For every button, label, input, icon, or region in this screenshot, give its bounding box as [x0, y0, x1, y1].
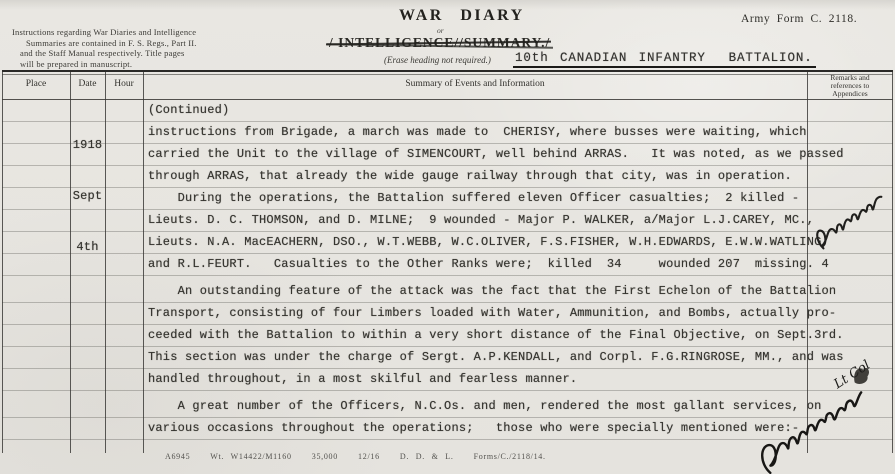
diary-line: This section was under the charge of Ser…	[2, 347, 893, 369]
diary-line: various occasions throughout the operati…	[2, 418, 893, 440]
erase-heading-note: (Erase heading not required.)	[384, 55, 491, 65]
column-header-remarks: Remarks and references to Appendices	[807, 74, 893, 98]
entry-day: 4th	[70, 239, 105, 256]
instructions-line: Summaries are contained in F. S. Regs., …	[12, 38, 197, 49]
diary-line: and R.L.FEURT. Casualties to the Other R…	[2, 254, 893, 276]
instructions-line: Instructions regarding War Diaries and I…	[12, 27, 197, 38]
column-header-place: Place	[2, 79, 70, 89]
diary-line: A great number of the Officers, N.C.Os. …	[2, 396, 893, 418]
print-code: A6945 Wt. W14422/M1160 35,000 12/16 D. D…	[165, 452, 546, 461]
column-header-date: Date	[70, 79, 105, 89]
diary-line: instructions from Brigade, a march was m…	[2, 122, 893, 144]
diary-line: handled throughout, in a most skilful an…	[2, 369, 893, 391]
diary-line: through ARRAS, that already the wide gau…	[2, 166, 893, 188]
unit-name: 10th CANADIAN INFANTRY BATTALION.	[513, 51, 816, 68]
table-header-row: Place Date Hour Summary of Events and In…	[2, 72, 893, 100]
entry-year: 1918	[70, 137, 105, 154]
diary-line: Lieuts. N.A. MacEACHERN, DSO., W.T.WEBB,…	[2, 232, 893, 254]
column-header-summary: Summary of Events and Information	[143, 79, 807, 89]
place-date-divider	[70, 72, 71, 453]
column-header-hour: Hour	[105, 79, 143, 89]
summary-remarks-divider	[807, 72, 808, 453]
diary-line: Transport, consisting of four Limbers lo…	[2, 303, 893, 325]
instructions-line: will be prepared in manuscript.	[12, 59, 197, 70]
instructions-note: Instructions regarding War Diaries and I…	[12, 27, 197, 69]
table-right-border	[892, 72, 893, 453]
war-diary-page: Instructions regarding War Diaries and I…	[0, 0, 895, 474]
army-form-number: Army Form C. 2118.	[741, 13, 857, 25]
or-label: or	[437, 26, 444, 35]
form-title: WAR DIARY	[399, 7, 525, 25]
entry-date-cell: 1918 Sept 4th	[70, 103, 105, 290]
diary-line: ceeded with the Battalion to within a ve…	[2, 325, 893, 347]
diary-line: An outstanding feature of the attack was…	[2, 281, 893, 303]
entry-month: Sept	[70, 188, 105, 205]
remarks-header-line: Appendices	[807, 90, 893, 98]
table-left-border	[2, 72, 3, 453]
table-body: (Continued) instructions from Brigade, a…	[2, 100, 893, 453]
diary-line: Lieuts. D. C. THOMSON, and D. MILNE; 9 w…	[2, 210, 893, 232]
war-diary-table: Place Date Hour Summary of Events and In…	[2, 70, 893, 453]
hour-summary-divider	[143, 72, 144, 453]
instructions-line: and the Staff Manual respectively. Title…	[12, 48, 197, 59]
diary-line: (Continued)	[2, 100, 893, 122]
date-hour-divider	[105, 72, 106, 453]
diary-line: During the operations, the Battalion suf…	[2, 188, 893, 210]
struck-intelligence-summary-heading: / INTELLIGENCE//SUMMARY./	[329, 35, 550, 51]
diary-line: carried the Unit to the village of SIMEN…	[2, 144, 893, 166]
